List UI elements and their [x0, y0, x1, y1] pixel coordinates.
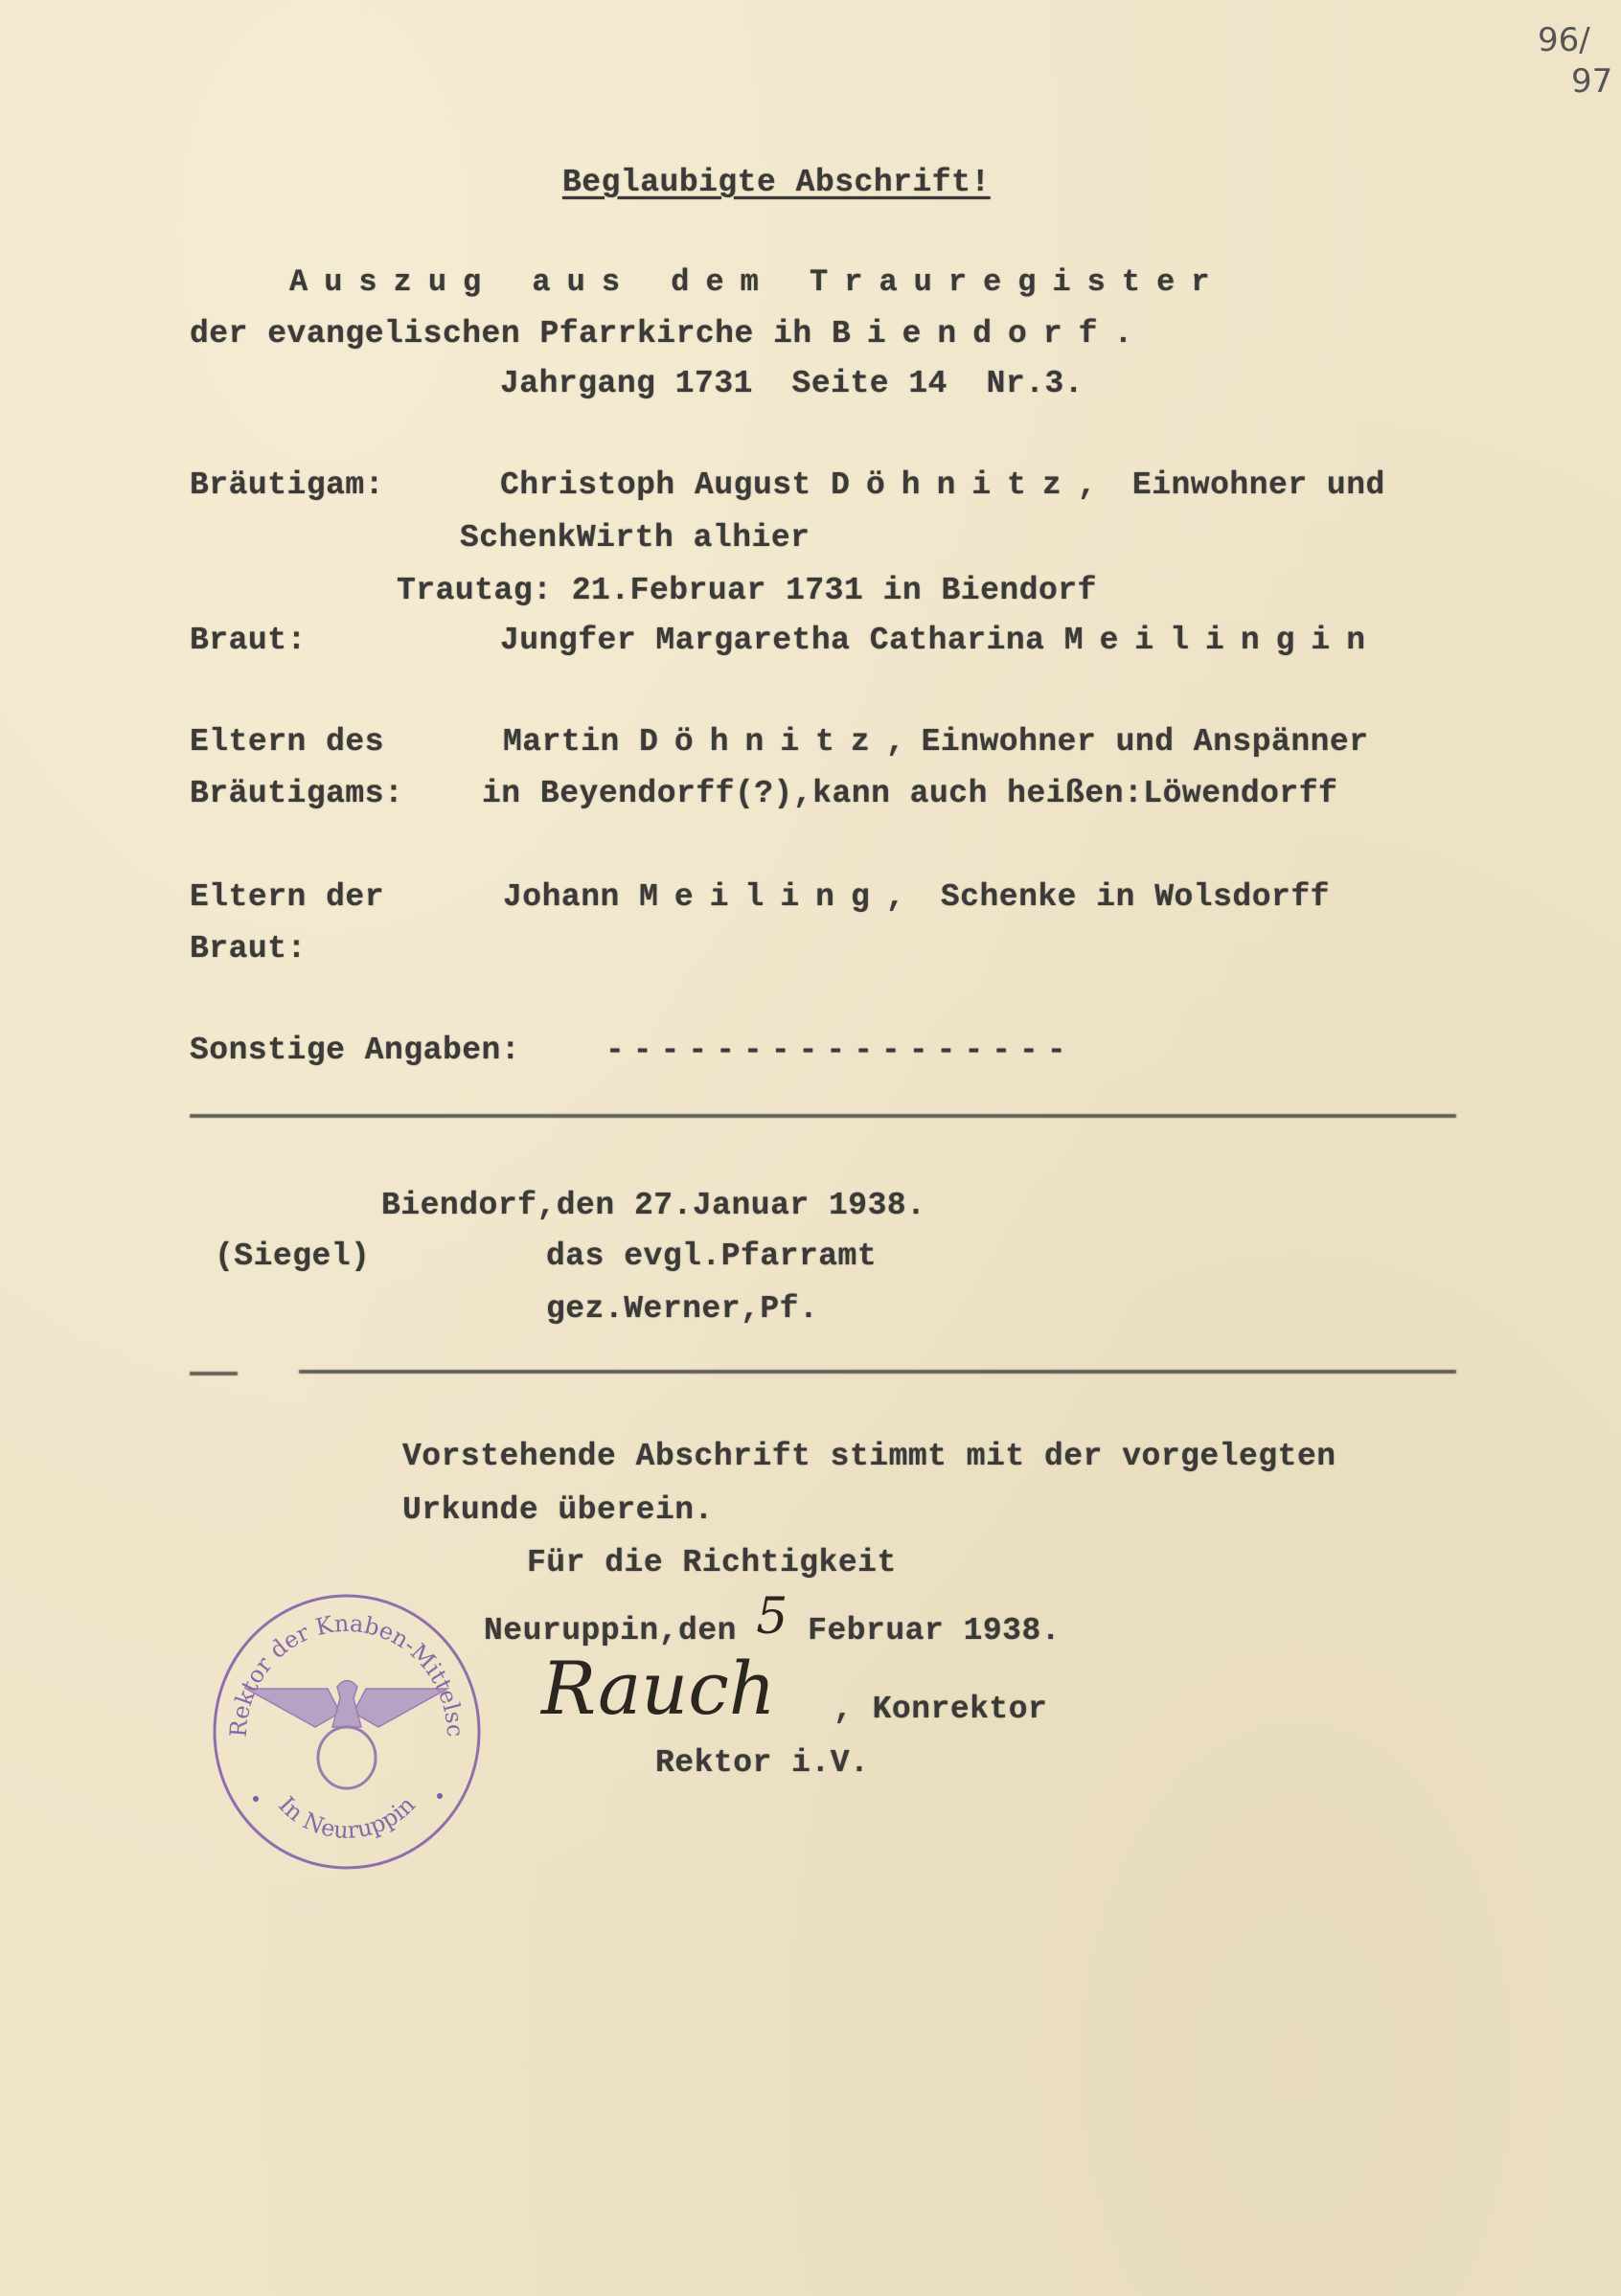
bride-label: Braut:: [190, 623, 307, 658]
other-info-value: -----------------: [605, 1033, 1075, 1068]
bride-father-surname: Meiling,: [639, 879, 921, 915]
groom-father-surname: Döhnitz,: [639, 724, 921, 760]
parish-seal-note: (Siegel): [215, 1239, 370, 1274]
groom-parents-label-2: Bräutigams:: [190, 776, 403, 811]
bride-given-names: Jungfer Margaretha Catharina: [500, 623, 1064, 658]
bride-surname: Meilingin: [1064, 623, 1381, 658]
groom-value-line-2: SchenkWirth alhier: [460, 520, 810, 556]
groom-father-name: Martin: [503, 724, 639, 760]
bride-father-occupation: Schenke in Wolsdorff: [922, 879, 1330, 915]
bride-value: Jungfer Margaretha Catharina Meilingin: [500, 623, 1381, 658]
groom-parents-value-2: in Beyendorff(?),kann auch heißen:Löwend…: [482, 776, 1337, 811]
header-line-2: der evangelischen Pfarrkirche ih Biendor…: [190, 316, 1149, 352]
header-line-2-prefix: der evangelischen Pfarrkirche ih: [190, 316, 832, 352]
groom-value-line-1: Christoph August Döhnitz, Einwohner und: [500, 467, 1385, 503]
wedding-day: Trautag: 21.Februar 1731 in Biendorf: [397, 573, 1097, 608]
bride-parents-label-1: Eltern der: [190, 879, 384, 915]
certification-month-year: Februar 1938.: [788, 1613, 1061, 1648]
official-stamp-icon: Der Rektor der Knaben-Mittelschule In Ne…: [208, 1593, 486, 1871]
bride-parents-label-2: Braut:: [190, 931, 307, 966]
groom-father-occupation: Einwohner und Anspänner: [922, 724, 1369, 760]
other-info-label: Sonstige Angaben:: [190, 1033, 520, 1068]
document-title: Beglaubigte Abschrift!: [562, 165, 991, 200]
handwritten-signature: Rauch: [541, 1646, 776, 1731]
certification-line-1: Vorstehende Abschrift stimmt mit der vor…: [402, 1439, 1336, 1474]
archive-note-top: 96/: [1538, 21, 1590, 59]
header-line-2-place: Biendorf.: [832, 316, 1149, 352]
groom-occupation: Einwohner und: [1113, 467, 1385, 503]
header-line-3: Jahrgang 1731 Seite 14 Nr.3.: [500, 366, 1084, 401]
divider-2a: [190, 1372, 238, 1375]
groom-given-names: Christoph August: [500, 467, 831, 503]
bride-father-name: Johann: [503, 879, 639, 915]
eagle-emblem-icon: [246, 1681, 447, 1789]
parish-office: das evgl.Pfarramt: [546, 1239, 877, 1274]
divider-2b: [299, 1370, 1456, 1374]
certification-place: Neuruppin,den: [484, 1613, 756, 1648]
signature-title-1: , Konrektor: [833, 1692, 1047, 1727]
divider-1: [190, 1114, 1456, 1118]
certification-line-2: Urkunde überein.: [402, 1492, 714, 1528]
groom-surname: Döhnitz,: [831, 467, 1112, 503]
parish-signed: gez.Werner,Pf.: [546, 1291, 818, 1327]
certification-place-date: Neuruppin,den 5 Februar 1938.: [484, 1594, 1061, 1651]
groom-parents-value-1: Martin Döhnitz,Einwohner und Anspänner: [503, 724, 1369, 760]
signature-title-2: Rektor i.V.: [655, 1745, 869, 1781]
parish-place-date: Biendorf,den 27.Januar 1938.: [381, 1188, 926, 1223]
bride-parents-value: Johann Meiling, Schenke in Wolsdorff: [503, 879, 1330, 915]
handwritten-day: 5: [756, 1588, 788, 1646]
svg-text:In Neuruppin: In Neuruppin: [273, 1791, 421, 1844]
groom-parents-label-1: Eltern des: [190, 724, 384, 760]
archive-note-bottom: 97: [1571, 62, 1612, 101]
certification-line-3: Für die Richtigkeit: [527, 1545, 897, 1580]
groom-label: Bräutigam:: [190, 467, 384, 503]
header-line-1: Auszug aus dem Trauregister: [289, 264, 1225, 300]
stamp-bottom-text: In Neuruppin: [273, 1791, 421, 1844]
